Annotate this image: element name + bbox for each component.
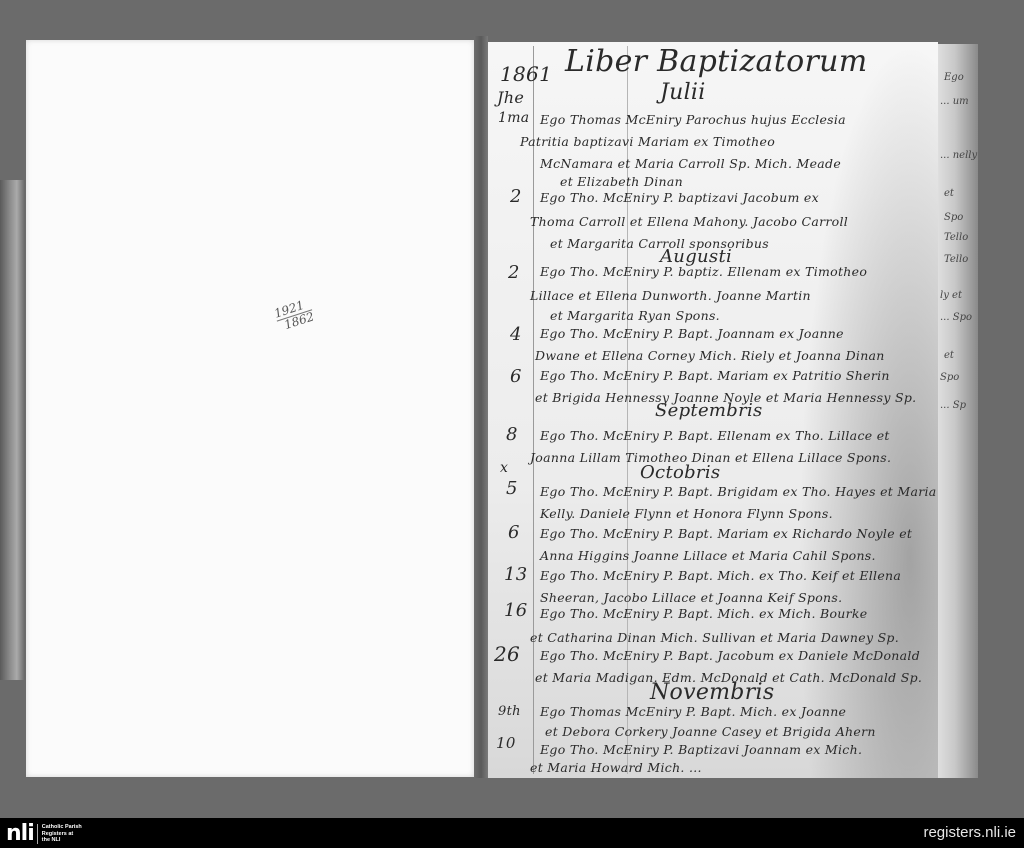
underlying-text: ... Spo — [940, 312, 972, 323]
register-scan-image: 1921 1862 1861 Jhe Liber Baptizatorum Ju… — [0, 0, 1024, 818]
entry-day: 5 — [506, 478, 518, 499]
underlying-text: Tello — [944, 254, 968, 265]
underlying-text: ... nelly — [940, 150, 977, 161]
underlying-text: Ego — [944, 72, 964, 83]
entry-day: 9th — [498, 704, 521, 719]
entry-line: Ego Tho. McEniry P. Bapt. Mich. ex Tho. … — [540, 568, 901, 583]
entry-line: Thoma Carroll et Ellena Mahony. Jacobo C… — [530, 214, 848, 229]
entry-day: 2 — [508, 262, 520, 283]
entry-line: Ego Tho. McEniry P. Bapt. Mariam ex Rich… — [540, 526, 912, 541]
nli-logo-mark: nli — [6, 823, 34, 845]
underlying-text: et — [944, 188, 954, 199]
logo-caption: Catholic Parish Registers at the NLI — [42, 824, 82, 844]
entry-line: Ego Tho. McEniry P. Bapt. Mariam ex Patr… — [540, 368, 890, 383]
underlying-text: ... um — [940, 96, 969, 107]
entry-line: et Catharina Dinan Mich. Sullivan et Mar… — [530, 630, 899, 645]
book-gutter — [474, 36, 488, 778]
entry-line: et Margarita Ryan Spons. — [550, 308, 720, 323]
entry-line: et Elizabeth Dinan — [560, 174, 683, 189]
left-blank-page: 1921 1862 — [26, 40, 474, 777]
entry-line: Ego Tho. McEniry P. Bapt. Brigidam ex Th… — [540, 484, 937, 499]
page-annotation: 1921 1862 — [273, 297, 316, 334]
year-note: Jhe — [497, 88, 524, 107]
site-link[interactable]: registers.nli.ie — [923, 824, 1016, 841]
entry-line: Dwane et Ellena Corney Mich. Riely et Jo… — [535, 348, 885, 363]
underlying-text: ly et — [940, 290, 962, 301]
entry-day: 13 — [504, 564, 528, 585]
entry-day: 6 — [510, 366, 522, 387]
logo-divider — [37, 824, 38, 844]
entry-mark: x — [500, 460, 508, 476]
entry-day: 16 — [504, 600, 528, 621]
entry-day: 10 — [496, 734, 516, 752]
entry-day: 26 — [494, 642, 520, 666]
entry-line: Ego Tho. McEniry P. baptizavi Jacobum ex — [540, 190, 819, 205]
margin-rule — [533, 46, 534, 774]
entry-line: Ego Thomas McEniry P. Bapt. Mich. ex Joa… — [540, 704, 846, 719]
entry-line: Ego Tho. McEniry P. Bapt. Ellenam ex Tho… — [540, 428, 890, 443]
entry-line: Ego Tho. McEniry P. Bapt. Mich. ex Mich.… — [540, 606, 868, 621]
underlying-text: Spo — [944, 212, 963, 223]
register-year: 1861 — [500, 62, 552, 86]
entry-line: Patritia baptizavi Mariam ex Timotheo — [520, 134, 775, 149]
month-heading: Julii — [660, 80, 706, 105]
entry-line: Ego Thomas McEniry Parochus hujus Eccles… — [540, 112, 846, 127]
entry-line: Lillace et Ellena Dunworth. Joanne Marti… — [530, 288, 811, 303]
entry-line: et Maria Howard Mich. ... — [530, 760, 702, 775]
binding-edge — [0, 180, 24, 680]
entry-line: Kelly. Daniele Flynn et Honora Flynn Spo… — [540, 506, 833, 521]
underlying-text: Tello — [944, 232, 968, 243]
underlying-text: et — [944, 350, 954, 361]
entry-day: 8 — [506, 424, 518, 445]
entry-day: 6 — [508, 522, 520, 543]
entry-day: 1ma — [498, 110, 529, 126]
month-heading: Septembris — [655, 400, 763, 421]
entry-day: 4 — [510, 324, 522, 345]
register-title: Liber Baptizatorum — [565, 44, 867, 79]
underlying-text: ... Sp — [940, 400, 966, 411]
entry-line: Ego Tho. McEniry P. Baptizavi Joannam ex… — [540, 742, 862, 757]
entry-line: McNamara et Maria Carroll Sp. Mich. Mead… — [540, 156, 841, 171]
month-heading: Novembris — [650, 680, 774, 705]
nli-logo[interactable]: nli Catholic Parish Registers at the NLI — [6, 822, 82, 846]
entry-line: Ego Tho. McEniry P. baptiz. Ellenam ex T… — [540, 264, 867, 279]
entry-line: et Debora Corkery Joanne Casey et Brigid… — [545, 724, 876, 739]
month-heading: Octobris — [640, 462, 720, 483]
entry-line: Sheeran, Jacobo Lillace et Joanna Keif S… — [540, 590, 842, 605]
underlying-text: Spo — [940, 372, 959, 383]
entry-line: Ego Tho. McEniry P. Bapt. Jacobum ex Dan… — [540, 648, 920, 663]
footer-bar: nli Catholic Parish Registers at the NLI… — [0, 818, 1024, 848]
entry-line: Ego Tho. McEniry P. Bapt. Joannam ex Joa… — [540, 326, 844, 341]
entry-line: Anna Higgins Joanne Lillace et Maria Cah… — [540, 548, 876, 563]
entry-day: 2 — [510, 186, 522, 207]
